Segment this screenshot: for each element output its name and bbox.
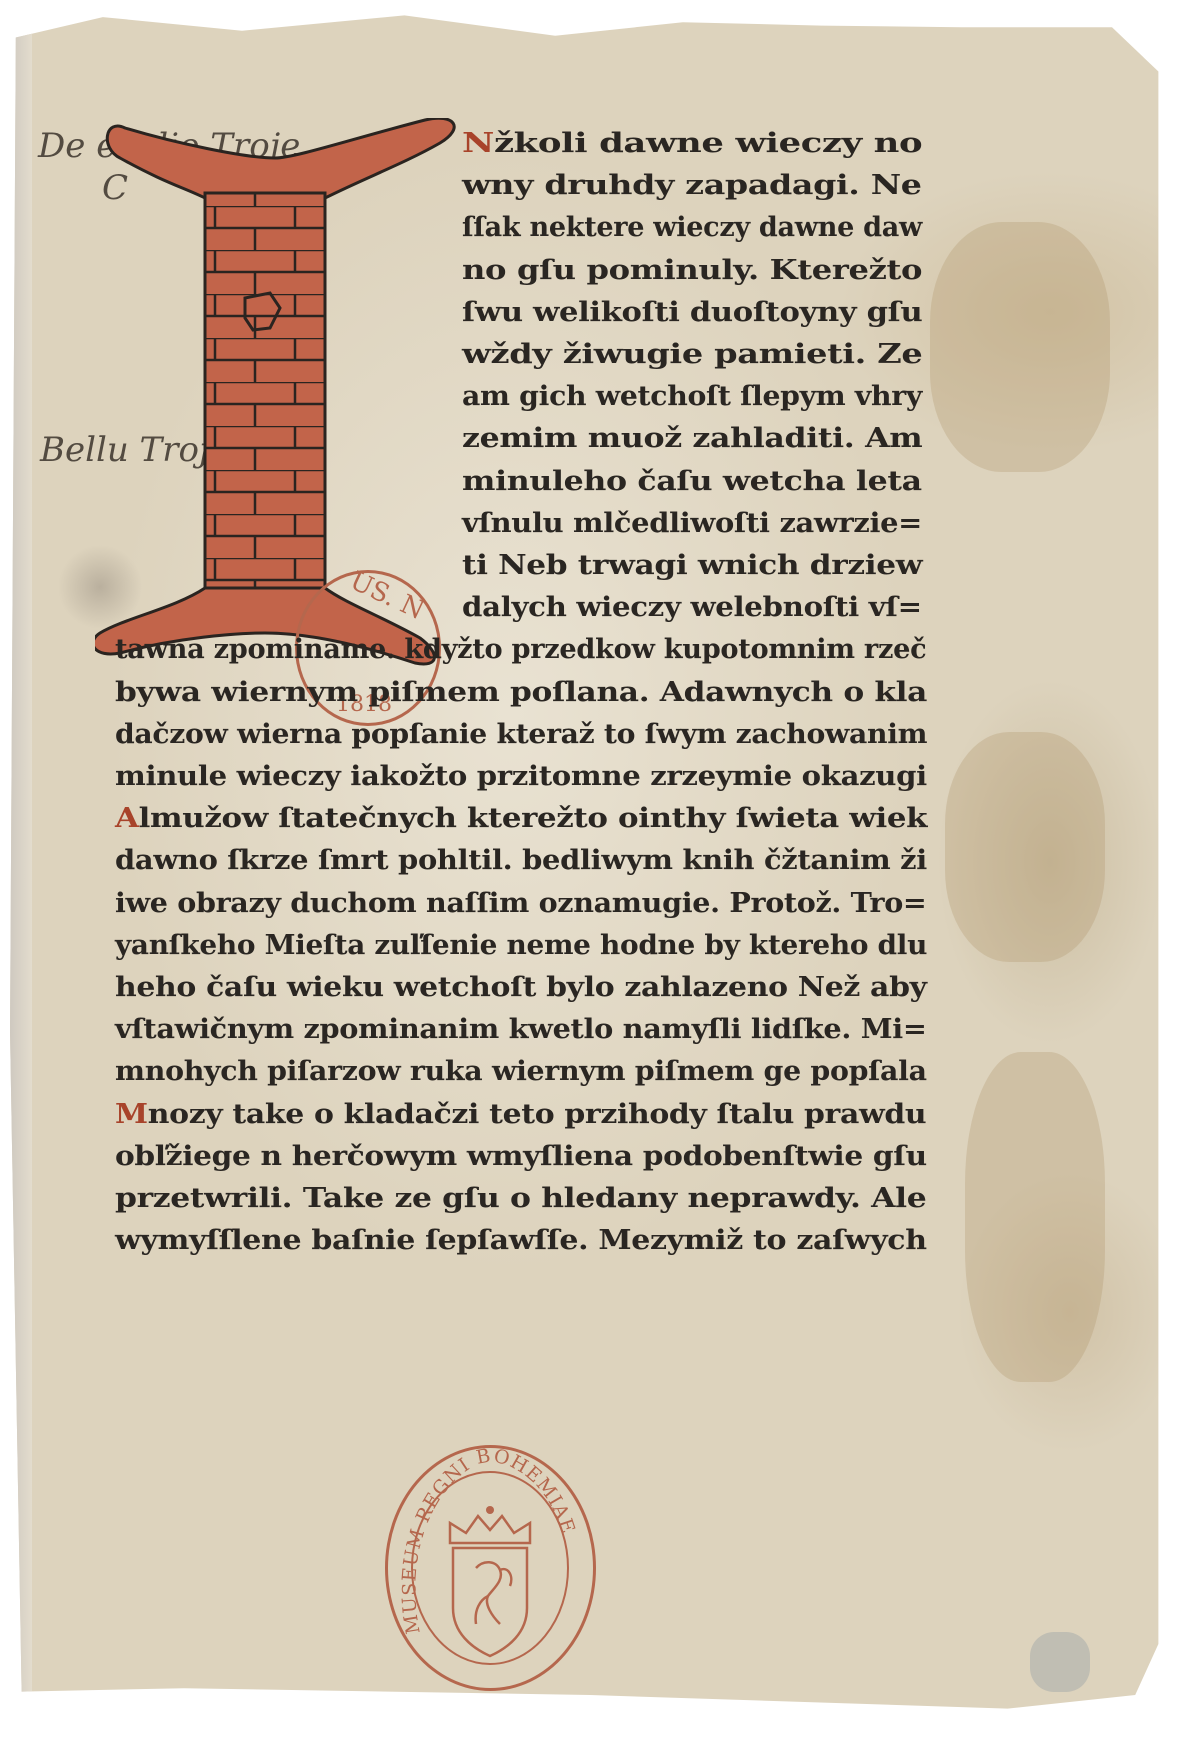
rubricated-initial: M (115, 1099, 148, 1130)
text-line: minuleho čaſu wetcha leta (462, 466, 922, 497)
text-line: mnohych piſarzow ruka wiernym piſmem ge … (115, 1056, 927, 1087)
museum-regni-bohemiae-stamp: MUSEUM REGNI BOHEMIAE (385, 1445, 596, 1691)
text-line: dačzow wierna popſanie kteraž to ſwym za… (115, 719, 927, 750)
text-line: am gich wetchoſt ſlepym vhry (462, 381, 922, 412)
stamp-large-text: MUSEUM REGNI BOHEMIAE (388, 1448, 593, 1688)
text-line: bywa wiernym piſmem poſlana. Adawnych o … (115, 677, 927, 708)
text-line: iwe obrazy duchom naſſim oznamugie. Prot… (115, 888, 927, 919)
text-line: ſwu welikoſti duoſtoyny gſu (462, 297, 922, 328)
text-line: heho čaſu wieku wetchoſt bylo zahlazeno … (115, 972, 927, 1003)
text-line: przetwrili. Take ze gſu o hledany nepraw… (115, 1183, 926, 1214)
text-line: wždy žiwugie pamieti. Ze (462, 339, 922, 370)
text-line: ſſak nekterе wieczy dawne daw (462, 212, 922, 243)
text-line: ti Neb trwagi wnich drziew (462, 550, 922, 581)
svg-text:MUSEUM REGNI BOHEMIAE: MUSEUM REGNI BOHEMIAE (398, 1448, 579, 1636)
text-line: vſnulu mlčedliwoſti zawrzie= (462, 508, 922, 539)
rubricated-initial: N (462, 128, 494, 159)
water-stain (945, 732, 1105, 962)
text-line: obľžiege n herčowym wmyſliena podobenſtw… (115, 1141, 927, 1172)
text-line: tawna zpominame. kdyžto przedkow kupotom… (115, 634, 926, 665)
text-line: wymyſſlene baſnie ſepſawſſe. Mezymiž to … (115, 1225, 927, 1256)
text-line: yanſkeho Mieſta zuľſenie neme hodne by k… (115, 930, 927, 961)
text-line: Nžkoli dawne wieczy no (462, 128, 922, 159)
water-stain (930, 222, 1110, 472)
water-stain (1030, 1632, 1090, 1692)
text-line: dalych wieczy welebnoſti vſ= (462, 592, 922, 623)
text-line: Almužow ſtatečnych kterežto ointhy ſwiet… (115, 803, 927, 834)
rubricated-initial: A (115, 803, 139, 834)
text-line: minule wieczy iakožto przitomne zrzeymie… (115, 761, 927, 792)
text-line: zemim muož zahladiti. Am (462, 423, 922, 454)
text-line: wny druhdy zapadagi. Ne (462, 170, 922, 201)
text-line: no gſu pominuly. Kterežto (462, 255, 922, 286)
page-edge-shadow (1160, 52, 1164, 1672)
water-stain (965, 1052, 1105, 1382)
text-line: Mnozy take o kladačzi teto przihody ſtal… (115, 1099, 926, 1130)
text-line: dawno ſkrze ſmrt pohltil. bedliwym knih … (115, 845, 927, 876)
text-line: vſtawičnym zpominanim kwetlo namyſli lid… (115, 1014, 927, 1045)
